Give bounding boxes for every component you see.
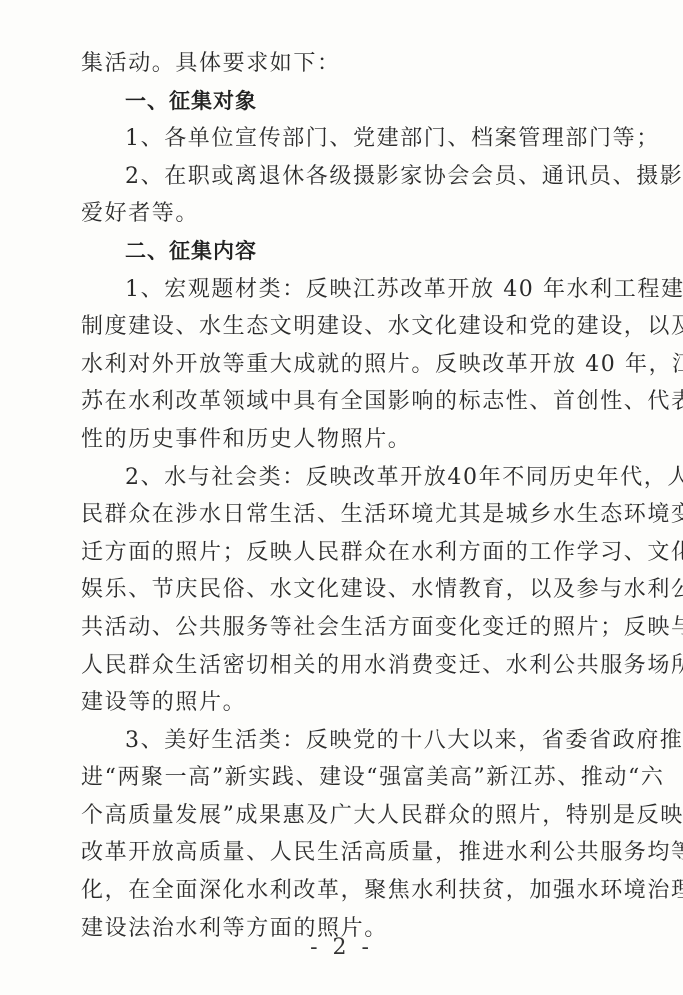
section-heading-content: 二、征集内容 xyxy=(81,233,611,271)
body-line: 迁方面的照片；反映人民群众在水利方面的工作学习、文化 xyxy=(81,534,611,572)
body-line: 爱好者等。 xyxy=(81,195,611,233)
body-line: 化，在全面深化水利改革，聚焦水利扶贫，加强水环境治理， xyxy=(81,872,611,910)
body-line: 个高质量发展”成果惠及广大人民群众的照片，特别是反映 xyxy=(81,797,611,835)
body-line: 2、在职或离退休各级摄影家协会会员、通讯员、摄影 xyxy=(81,158,611,196)
body-line: 改革开放高质量、人民生活高质量，推进水利公共服务均等 xyxy=(81,834,611,872)
body-line: 民群众在涉水日常生活、生活环境尤其是城乡水生态环境变 xyxy=(81,496,611,534)
body-line: 苏在水利改革领域中具有全国影响的标志性、首创性、代表 xyxy=(81,383,611,421)
body-line: 1、宏观题材类：反映江苏改革开放 40 年水利工程建设、 xyxy=(81,271,611,309)
body-line: 1、各单位宣传部门、党建部门、档案管理部门等； xyxy=(81,120,611,158)
body-line: 共活动、公共服务等社会生活方面变化变迁的照片；反映与 xyxy=(81,609,611,647)
body-line: 性的历史事件和历史人物照片。 xyxy=(81,421,611,459)
body-line: 建设等的照片。 xyxy=(81,684,611,722)
document-page: 集活动。具体要求如下： 一、征集对象 1、各单位宣传部门、党建部门、档案管理部门… xyxy=(81,45,611,947)
body-line: 人民群众生活密切相关的用水消费变迁、水利公共服务场所 xyxy=(81,647,611,685)
page-number: - 2 - xyxy=(0,935,683,960)
body-line: 3、美好生活类：反映党的十八大以来，省委省政府推 xyxy=(81,722,611,760)
body-line: 水利对外开放等重大成就的照片。反映改革开放 40 年，江 xyxy=(81,346,611,384)
body-line: 集活动。具体要求如下： xyxy=(81,45,611,83)
body-line: 娱乐、节庆民俗、水文化建设、水情教育，以及参与水利公 xyxy=(81,571,611,609)
section-heading-targets: 一、征集对象 xyxy=(81,83,611,121)
body-line: 2、水与社会类：反映改革开放40年不同历史年代，人 xyxy=(81,459,611,497)
body-line: 进“两聚一高”新实践、建设“强富美高”新江苏、推动“六 xyxy=(81,759,611,797)
body-line: 制度建设、水生态文明建设、水文化建设和党的建设，以及 xyxy=(81,308,611,346)
